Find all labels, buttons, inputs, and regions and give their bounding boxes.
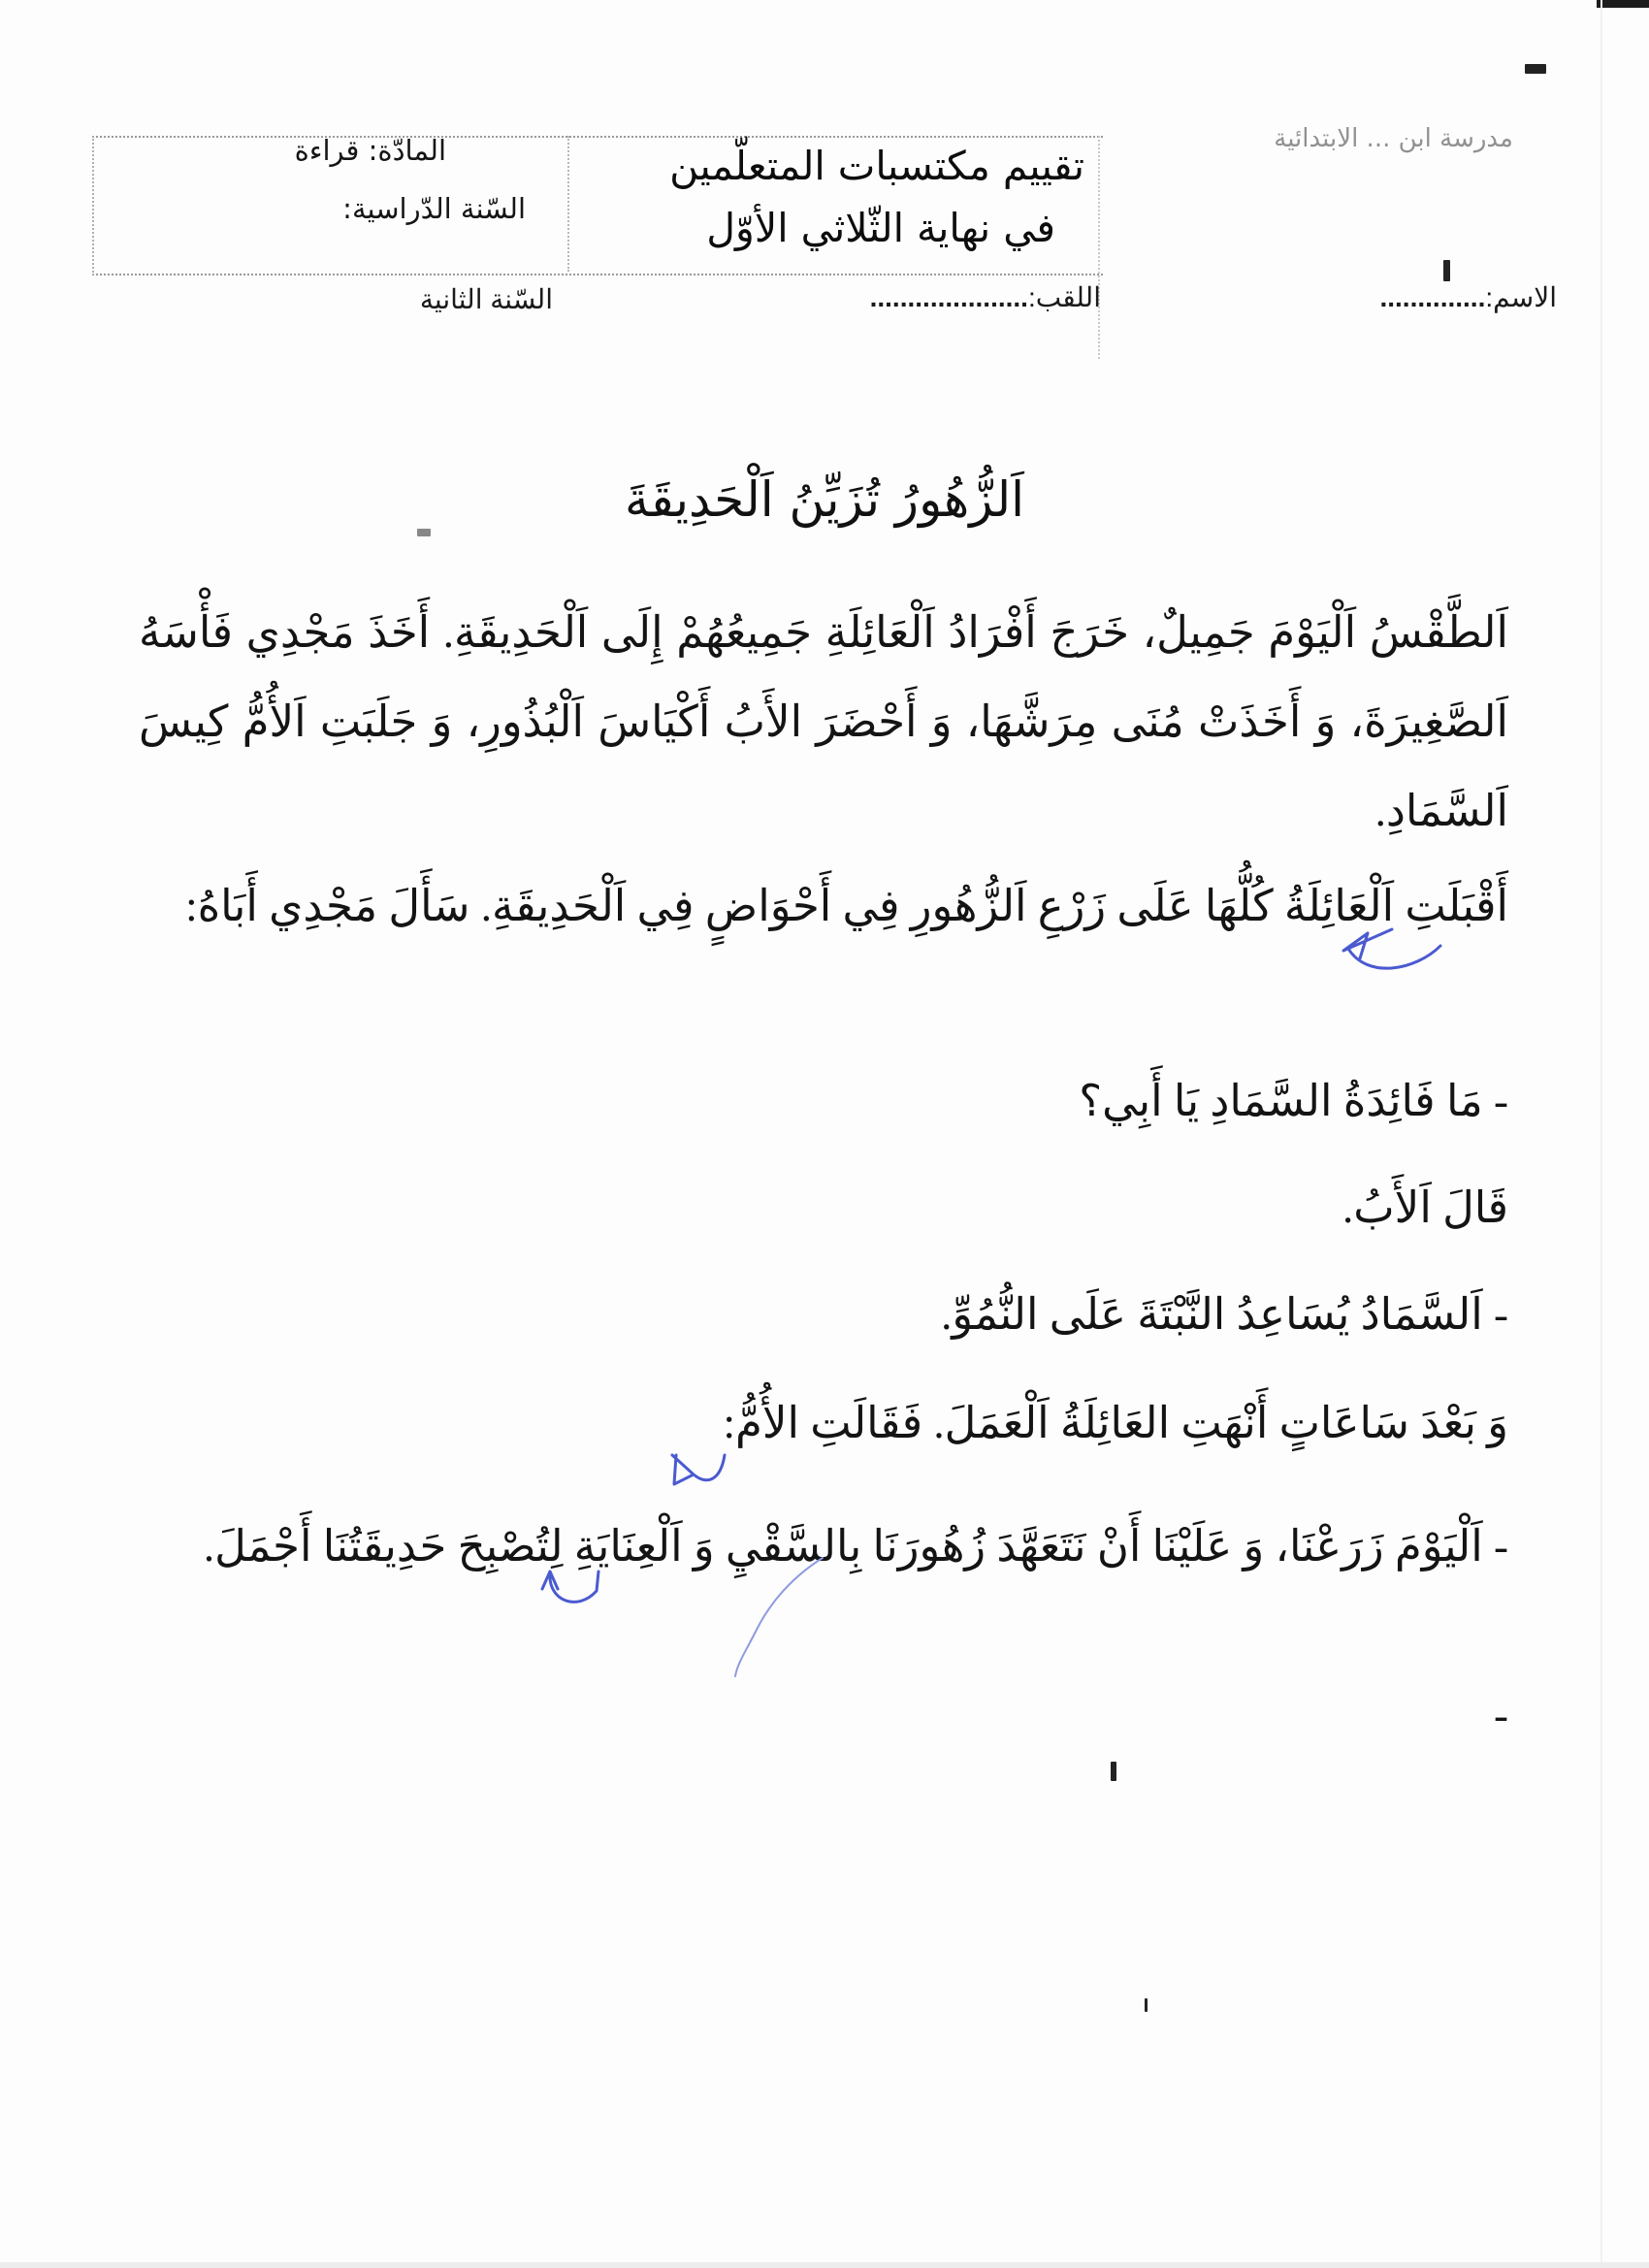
school-year-label: السّنة الدّراسية: xyxy=(342,192,526,225)
dialogue-empty-dash: - xyxy=(1494,1690,1508,1740)
name-field[interactable]: الاسم:.............. xyxy=(1379,281,1557,313)
scan-speck xyxy=(1443,260,1450,281)
scan-speck xyxy=(1145,1998,1148,2012)
exam-title-line-1: تقييم مكتسبات المتعلّمين xyxy=(669,136,1084,196)
narration-father: قَالَ اَلأَبُ. xyxy=(1342,1182,1508,1233)
story-paragraph-2: أَقْبَلَتِ اَلْعَائِلَةُ كُلُّهَا عَلَى … xyxy=(139,861,1508,951)
story-title: اَلزُّهُورُ تُزَيِّنُ اَلْحَدِيقَةَ xyxy=(0,471,1649,528)
surname-field[interactable]: اللقب:..................... xyxy=(870,281,1101,313)
subject-label: المادّة: قراءة xyxy=(295,134,446,167)
surname-value[interactable]: ..................... xyxy=(870,282,1028,312)
scan-edge xyxy=(1600,0,1602,2268)
faded-school-name: مدرسة ابن ... الابتدائية xyxy=(1274,124,1513,153)
header-divider xyxy=(567,136,569,272)
dialogue-answer: - اَلسَّمَادُ يُسَاعِدُ النَّبْتَةَ عَلَ… xyxy=(941,1288,1508,1340)
scan-speck xyxy=(1525,64,1546,74)
ink-mark-mother xyxy=(664,1445,742,1494)
scan-edge-bottom xyxy=(0,2262,1649,2268)
scan-speck xyxy=(1111,1762,1116,1781)
scan-corner-strip xyxy=(1597,0,1649,8)
grade-value: السّنة الثانية xyxy=(420,283,553,315)
scan-speck xyxy=(417,529,431,536)
story-paragraph-1: اَلطَّقْسُ اَلْيَوْمَ جَمِيلٌ، خَرَجَ أَ… xyxy=(139,588,1508,856)
name-value[interactable]: .............. xyxy=(1379,282,1485,312)
dialogue-question: - مَا فَائِدَةُ السَّمَادِ يَا أَبِي؟ xyxy=(1079,1075,1508,1126)
narration-mother: وَ بَعْدَ سَاعَاتٍ أَنْهَتِ العَائِلَةُ … xyxy=(724,1397,1509,1448)
name-label: الاسم: xyxy=(1485,282,1557,312)
header-divider xyxy=(1098,136,1100,359)
surname-label: اللقب: xyxy=(1028,282,1101,312)
scanned-page: مدرسة ابن ... الابتدائية المادّة: قراءة … xyxy=(0,0,1649,2268)
exam-title-line-2: في نهاية الثّلاثي الأوّل xyxy=(706,198,1055,258)
dialogue-mother-speech: - اَلْيَوْمَ زَرَعْنَا، وَ عَلَيْنَا أَن… xyxy=(139,1502,1508,1591)
